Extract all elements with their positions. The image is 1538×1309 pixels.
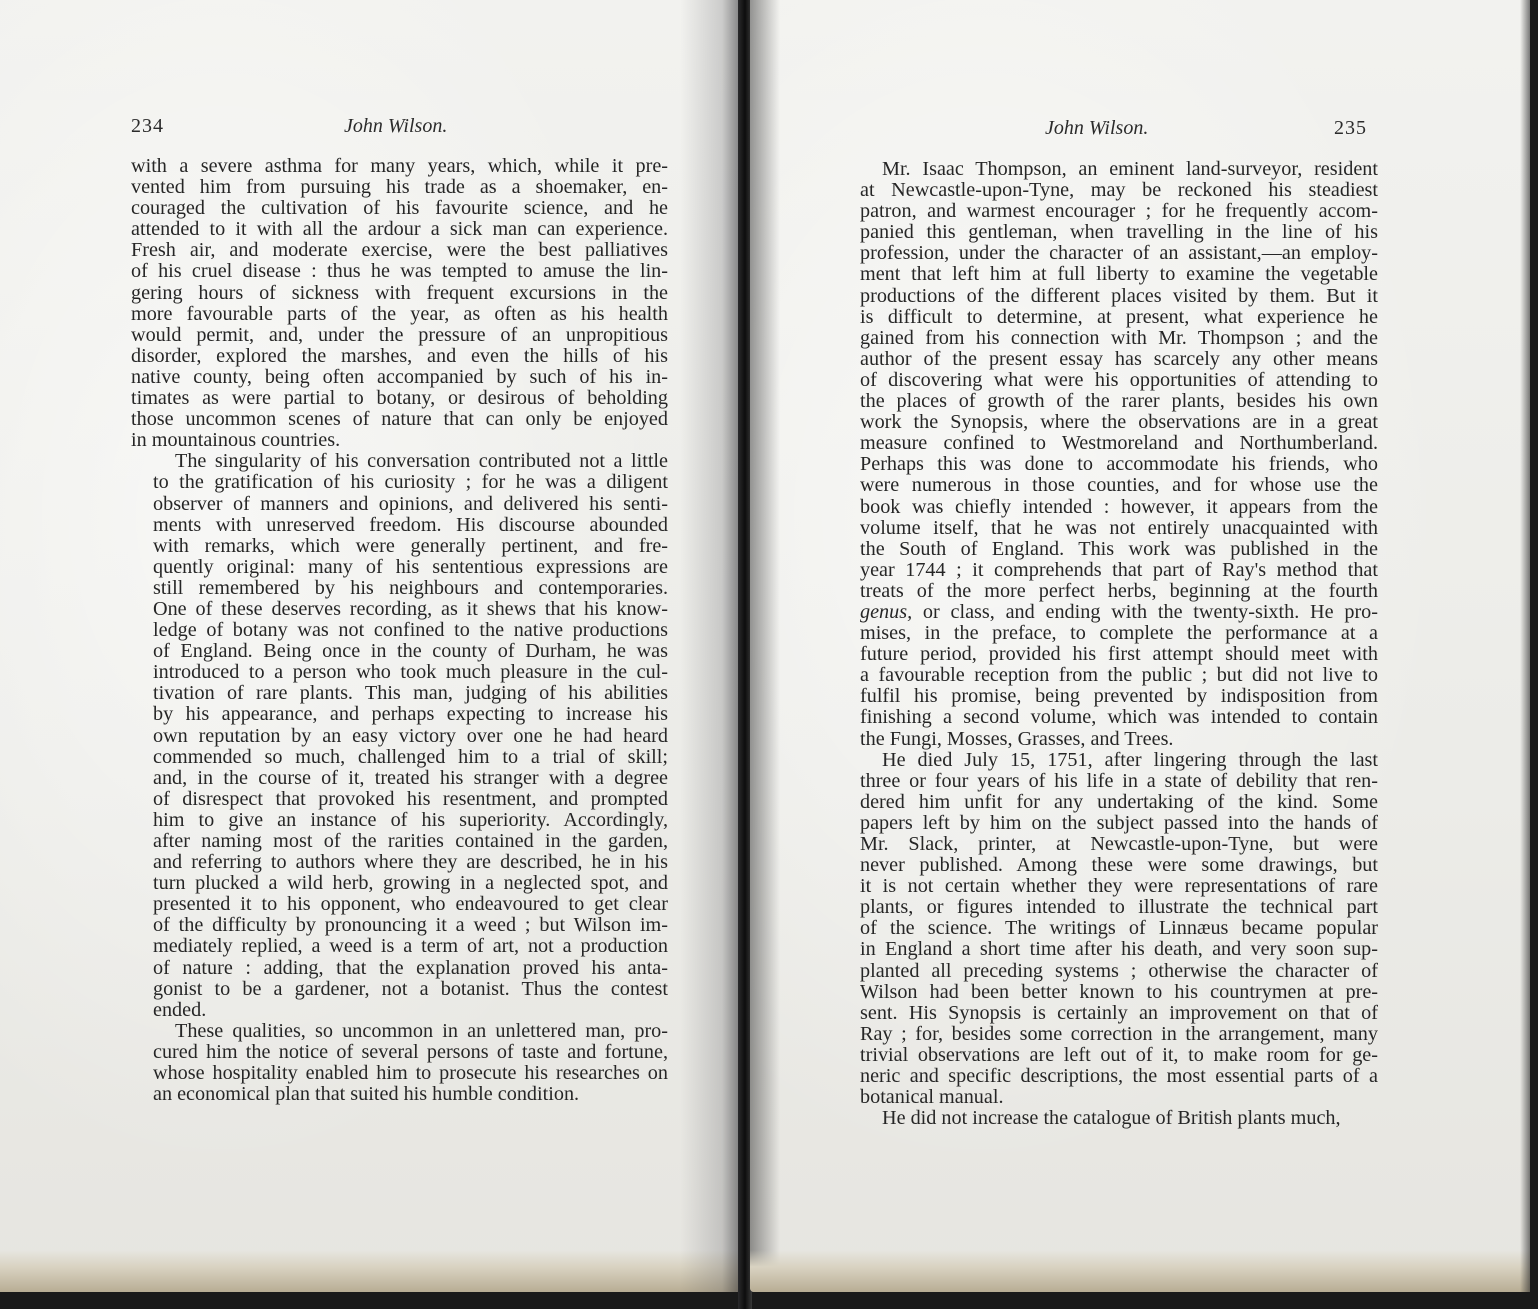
text-line: own reputation by an easy victory over o… bbox=[131, 726, 668, 747]
right-page-body: Mr. Isaac Thompson, an eminent land-surv… bbox=[838, 159, 1378, 1129]
text-line: ments with unreserved freedom. His disco… bbox=[131, 515, 668, 536]
text-line: panied this gentleman, when travelling i… bbox=[838, 222, 1378, 243]
text-line: of the science. The writings of Linnæus … bbox=[838, 918, 1378, 939]
text-line: genus, or class, and ending with the twe… bbox=[838, 602, 1378, 623]
text-line: native county, being often accompanied b… bbox=[131, 367, 668, 388]
right-page: John Wilson. 235 Mr. Isaac Thompson, an … bbox=[750, 0, 1530, 1292]
text-line: mediately replied, a weed is a term of a… bbox=[131, 936, 668, 957]
text-line: ment that left him at full liberty to ex… bbox=[838, 264, 1378, 285]
paragraph: The singularity of his conversation cont… bbox=[131, 451, 668, 1021]
text-line: three or four years of his life in a sta… bbox=[838, 771, 1378, 792]
text-line: finishing a second volume, which was int… bbox=[838, 707, 1378, 728]
text-line: One of these deserves recording, as it s… bbox=[131, 599, 668, 620]
text-line: of the difficulty by pronouncing it a we… bbox=[131, 915, 668, 936]
text-line: vented him from pursuing his trade as a … bbox=[131, 177, 668, 198]
text-line: These qualities, so uncommon in an unlet… bbox=[131, 1021, 668, 1042]
text-line: Mr. Isaac Thompson, an eminent land-surv… bbox=[838, 159, 1378, 180]
page-number: 234 bbox=[131, 115, 164, 138]
text-line: Ray ; for, besides some correction in th… bbox=[838, 1024, 1378, 1045]
text-line: introduced to a person who took much ple… bbox=[131, 662, 668, 683]
text-line: never published. Among these were some d… bbox=[838, 855, 1378, 876]
text-line: measure confined to Westmoreland and Nor… bbox=[838, 433, 1378, 454]
text-line: him to give an instance of his superiori… bbox=[131, 810, 668, 831]
text-line: and, in the course of it, treated his st… bbox=[131, 768, 668, 789]
text-line: turn plucked a wild herb, growing in a n… bbox=[131, 873, 668, 894]
text-line: a favourable reception from the public ;… bbox=[838, 665, 1378, 686]
text-line: work the Synopsis, where the observation… bbox=[838, 412, 1378, 433]
text-line: after naming most of the rarities contai… bbox=[131, 831, 668, 852]
text-line: an economical plan that suited his humbl… bbox=[131, 1084, 668, 1105]
paragraph: with a severe asthma for many years, whi… bbox=[131, 156, 668, 451]
text-line: fulfil his promise, being prevented by i… bbox=[838, 686, 1378, 707]
paragraph: Mr. Isaac Thompson, an eminent land-surv… bbox=[838, 159, 1378, 750]
text-line: the South of England. This work was publ… bbox=[838, 539, 1378, 560]
text-line: The singularity of his conversation cont… bbox=[131, 451, 668, 472]
text-line: presented it to his opponent, who endeav… bbox=[131, 894, 668, 915]
text-line: quently original: many of his sententiou… bbox=[131, 557, 668, 578]
text-line: in England a short time after his death,… bbox=[838, 939, 1378, 960]
text-line: were numerous in those counties, and for… bbox=[838, 475, 1378, 496]
text-line: productions of the different places visi… bbox=[838, 286, 1378, 307]
text-line: year 1744 ; it comprehends that part of … bbox=[838, 560, 1378, 581]
page-edge-stain bbox=[0, 1250, 740, 1292]
page-edge-stain bbox=[750, 1250, 1530, 1292]
text-line: ledge of botany was not confined to the … bbox=[131, 620, 668, 641]
left-page: 234 John Wilson. with a severe asthma fo… bbox=[0, 0, 740, 1292]
text-line: with remarks, which were generally perti… bbox=[131, 536, 668, 557]
text-line: and referring to authors where they are … bbox=[131, 852, 668, 873]
text-line: author of the present essay has scarcely… bbox=[838, 349, 1378, 370]
text-line: couraged the cultivation of his favourit… bbox=[131, 198, 668, 219]
text-line: plants, or figures intended to illustrat… bbox=[838, 897, 1378, 918]
book-spread: 234 John Wilson. with a severe asthma fo… bbox=[0, 0, 1538, 1309]
running-title: John Wilson. bbox=[344, 115, 447, 138]
text-line: attended to it with all the ardour a sic… bbox=[131, 219, 668, 240]
text-line: gained from his connection with Mr. Thom… bbox=[838, 328, 1378, 349]
left-page-body: with a severe asthma for many years, whi… bbox=[131, 156, 668, 1105]
text-line: Perhaps this was done to accommodate his… bbox=[838, 454, 1378, 475]
text-line: of his cruel disease : thus he was tempt… bbox=[131, 261, 668, 282]
text-line: tivation of rare plants. This man, judgi… bbox=[131, 683, 668, 704]
text-line: trivial observations are left out of it,… bbox=[838, 1045, 1378, 1066]
text-line: by his appearance, and perhaps expecting… bbox=[131, 704, 668, 725]
text-line: mises, in the preface, to complete the p… bbox=[838, 623, 1378, 644]
text-line: those uncommon scenes of nature that can… bbox=[131, 409, 668, 430]
text-line: gering hours of sickness with frequent e… bbox=[131, 283, 668, 304]
text-line: He died July 15, 1751, after lingering t… bbox=[838, 750, 1378, 771]
text-line: cured him the notice of several persons … bbox=[131, 1042, 668, 1063]
text-line: sent. His Synopsis is certainly an impro… bbox=[838, 1003, 1378, 1024]
text-line: the places of growth of the rarer plants… bbox=[838, 391, 1378, 412]
text-line: timates as were partial to botany, or de… bbox=[131, 388, 668, 409]
text-line: dered him unfit for any undertaking of t… bbox=[838, 792, 1378, 813]
text-line: is difficult to determine, at present, w… bbox=[838, 307, 1378, 328]
text-line: of England. Being once in the county of … bbox=[131, 641, 668, 662]
text-line: book was chiefly intended : however, it … bbox=[838, 497, 1378, 518]
text-line: it is not certain whether they were repr… bbox=[838, 876, 1378, 897]
text-line: Fresh air, and moderate exercise, were t… bbox=[131, 240, 668, 261]
text-line: commended so much, challenged him to a t… bbox=[131, 747, 668, 768]
text-line: of disrespect that provoked his resentme… bbox=[131, 789, 668, 810]
text-line: planted all preceding systems ; otherwis… bbox=[838, 961, 1378, 982]
text-line: papers left by him on the subject passed… bbox=[838, 813, 1378, 834]
paragraph: He did not increase the catalogue of Bri… bbox=[838, 1108, 1378, 1129]
text-line: profession, under the character of an as… bbox=[838, 243, 1378, 264]
text-line: observer of manners and opinions, and de… bbox=[131, 494, 668, 515]
text-line: patron, and warmest encourager ; for he … bbox=[838, 201, 1378, 222]
text-line: whose hospitality enabled him to prosecu… bbox=[131, 1063, 668, 1084]
text-line: Wilson had been better known to his coun… bbox=[838, 982, 1378, 1003]
text-line: would permit, and, under the pressure of… bbox=[131, 325, 668, 346]
text-line: of discovering what were his opportuniti… bbox=[838, 370, 1378, 391]
text-line: neric and specific descriptions, the mos… bbox=[838, 1066, 1378, 1087]
text-line: disorder, explored the marshes, and even… bbox=[131, 346, 668, 367]
text-line: more favourable parts of the year, as of… bbox=[131, 304, 668, 325]
text-line: the Fungi, Mosses, Grasses, and Trees. bbox=[838, 729, 1378, 750]
page-number: 235 bbox=[1334, 117, 1367, 140]
text-line: He did not increase the catalogue of Bri… bbox=[838, 1108, 1378, 1129]
paragraph: These qualities, so uncommon in an unlet… bbox=[131, 1021, 668, 1105]
text-line: to the gratification of his curiosity ; … bbox=[131, 472, 668, 493]
running-title: John Wilson. bbox=[1045, 117, 1148, 140]
text-line: with a severe asthma for many years, whi… bbox=[131, 156, 668, 177]
text-line: future period, provided his first attemp… bbox=[838, 644, 1378, 665]
text-line: gonist to be a gardener, not a botanist.… bbox=[131, 979, 668, 1000]
text-line: Mr. Slack, printer, at Newcastle-upon-Ty… bbox=[838, 834, 1378, 855]
text-line: in mountainous countries. bbox=[131, 430, 668, 451]
text-line: at Newcastle-upon-Tyne, may be reckoned … bbox=[838, 180, 1378, 201]
text-line: volume itself, that he was not entirely … bbox=[838, 518, 1378, 539]
text-line: treats of the more perfect herbs, beginn… bbox=[838, 581, 1378, 602]
text-line: botanical manual. bbox=[838, 1087, 1378, 1108]
text-line: still remembered by his neighbours and c… bbox=[131, 578, 668, 599]
paragraph: He died July 15, 1751, after lingering t… bbox=[838, 750, 1378, 1109]
text-line: of nature : adding, that the explanation… bbox=[131, 958, 668, 979]
text-line: ended. bbox=[131, 1000, 668, 1021]
